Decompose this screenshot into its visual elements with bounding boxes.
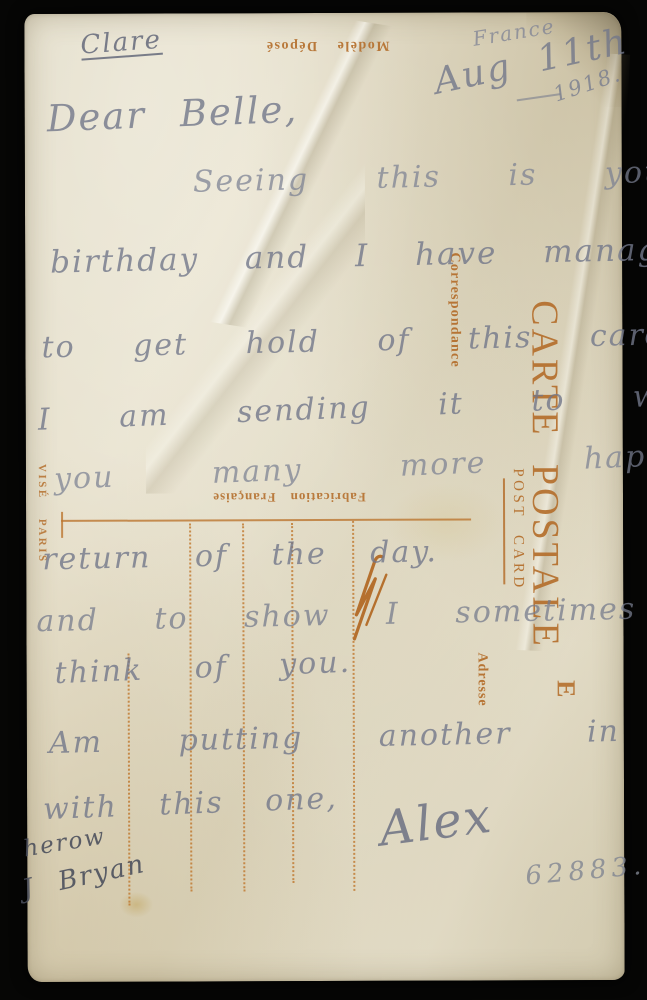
address-dotted-line — [189, 523, 192, 891]
post-card-underline-rule — [503, 478, 505, 584]
postcard-back: Modèle Déposé Correspondance CARTE POSTA… — [24, 12, 624, 982]
handwritten-signature: Alex — [377, 792, 496, 854]
handwritten-line: return of the day. — [42, 537, 438, 575]
handwritten-line: birthday and I have managed — [50, 234, 647, 279]
handwritten-salutation: Dear Belle, — [46, 91, 299, 138]
section-divider-rule — [61, 518, 471, 521]
handwritten-serial-number: 62883. — [524, 853, 647, 890]
address-dotted-line — [242, 523, 245, 891]
handwritten-line: think of you. — [54, 648, 352, 689]
handwritten-line: Am putting another in — [49, 717, 621, 759]
printed-carte-postale-title: CARTE POSTALE — [522, 300, 568, 732]
handwritten-line: Seeing this is your — [193, 157, 647, 197]
printed-adresse-label: Adresse — [474, 652, 490, 706]
printed-post-card-label: POST CARD — [509, 468, 526, 590]
paper-stain — [119, 892, 153, 918]
printed-fabrication-francaise: Fabrication Française — [194, 489, 384, 506]
printed-corner-mark: E — [551, 680, 581, 697]
section-divider-cap — [61, 512, 63, 538]
handwritten-corner-note: Clare — [80, 27, 163, 59]
address-dotted-line — [291, 523, 294, 883]
printed-modele-depose: Modèle Déposé — [229, 37, 425, 54]
handwritten-scribble: herow — [22, 825, 108, 861]
photo-background: Modèle Déposé Correspondance CARTE POSTA… — [0, 0, 647, 1000]
